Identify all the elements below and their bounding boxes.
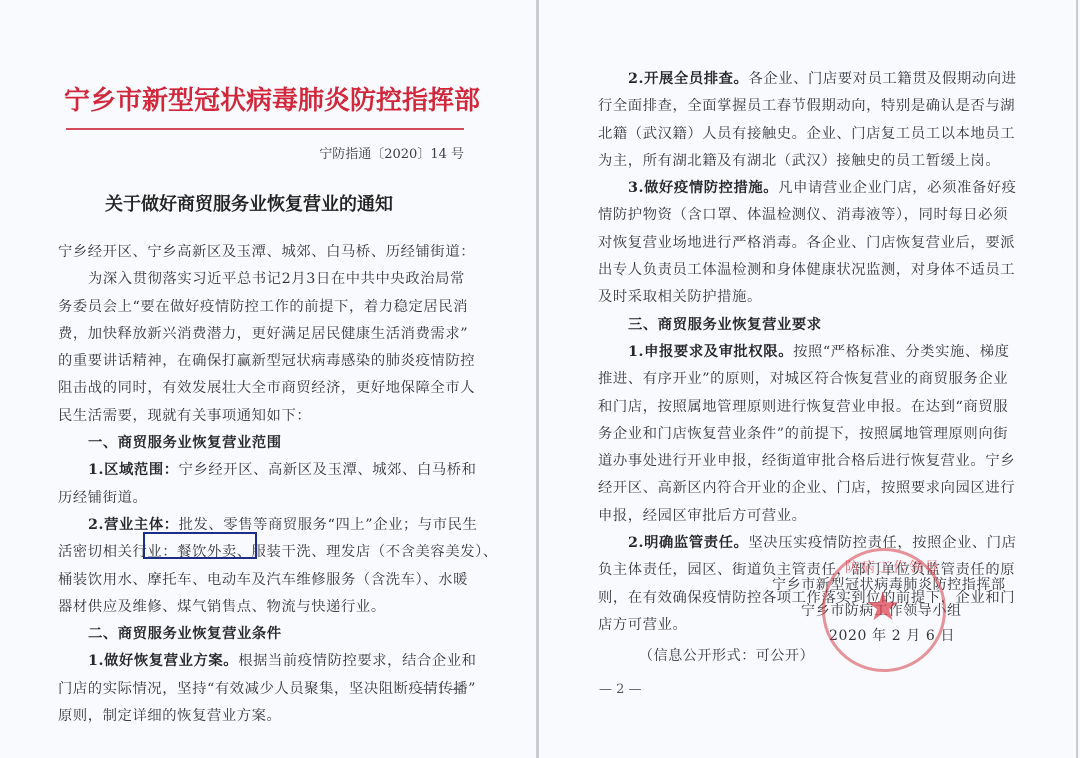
issuer-header: 宁乡市新型冠状病毒肺炎防控指挥部: [64, 80, 474, 117]
item-text: 宁乡经开区、高新区及玉潭、城郊、白马桥和: [179, 462, 477, 478]
item-label: 1.区域范围：: [88, 462, 179, 478]
item-text: 北籍（武汉籍）人员有接触史。企业、门店复工员工以本地员工: [598, 121, 1017, 148]
star-icon: ★: [865, 587, 901, 627]
document-title: 关于做好商贸服务业恢复营业的通知: [105, 190, 393, 216]
item-text: 道办事处进行开业申报，经街道审批合格后进行恢复营业。宁乡: [598, 448, 1017, 475]
disclosure-note: （信息公开形式：可公开）: [639, 645, 814, 665]
item-text: 活密切相关行业：餐饮外卖、服装干洗、理发店（不含美容美发）、: [58, 539, 498, 566]
section-heading: 二、商贸服务业恢复营业条件: [88, 626, 282, 642]
document-page-1: 宁乡市新型冠状病毒肺炎防控指挥部 宁防指通〔2020〕14 号 关于做好商贸服务…: [0, 0, 536, 758]
item-text: 批发、零售等商贸服务“四上”企业；与市民生: [179, 517, 478, 533]
item-text: 及时采取相关防护措施。: [598, 284, 1017, 311]
intro-line: 民生活需要，现就有关事项通知如下：: [58, 403, 498, 430]
item-label: 2.营业主体：: [88, 517, 179, 533]
addressee: 宁乡经开区、宁乡高新区及玉潭、城郊、白马桥、历经铺街道：: [58, 239, 498, 266]
item-text: 器材供应及维修、煤气销售点、物流与快递行业。: [58, 594, 498, 621]
document-page-2: 2.开展全员排查。各企业、门店要对员工籍贯及假期动向进 行全面排查，全面掌握员工…: [539, 0, 1076, 758]
item-text: 和门店，按照属地管理原则进行恢复营业申报。在达到“商贸服: [598, 394, 1017, 421]
item-label: 1.申报要求及审批权限。: [628, 344, 793, 360]
page-number: — 2 —: [599, 682, 642, 697]
seal-text: 防病工作领导: [845, 557, 941, 577]
body-page-2: 2.开展全员排查。各企业、门店要对员工籍贯及假期动向进 行全面排查，全面掌握员工…: [598, 66, 1017, 639]
highlight-annotation-box: [143, 532, 257, 559]
item-text: 按照“严格标准、分类实施、梯度: [793, 344, 1009, 360]
item-label: 2.开展全员排查。: [628, 71, 748, 87]
header-red-rule: [66, 128, 464, 130]
item-text: 推进、有序开业”的原则，对城区符合恢复营业的商贸服务企业: [598, 366, 1017, 393]
item-text: 申报，经园区审批后方可营业。: [598, 503, 1017, 530]
intro-line: 的重要讲话精神，在确保打赢新型冠状病毒感染的肺炎疫情防控: [58, 348, 498, 375]
item-label: 3.做好疫情防控措施。: [628, 180, 778, 196]
item-text: 原则，制定详细的恢复营业方案。: [58, 703, 498, 730]
official-seal: 防病工作领导 ★: [822, 548, 946, 672]
page-number: — 1 —: [420, 682, 463, 697]
intro-line: 费，加快释放新兴消费潜力，更好满足居民健康生活消费需求”: [58, 321, 498, 348]
item-text: 行全面排查，全面掌握员工春节假期动向，特别是确认是否与湖: [598, 93, 1017, 120]
item-text: 务企业和门店恢复营业条件”的前提下，按照属地管理原则向街: [598, 421, 1017, 448]
page-edge: [1076, 0, 1078, 758]
section-heading: 一、商贸服务业恢复营业范围: [88, 435, 282, 451]
item-text: 对恢复营业场地进行严格消毒。各企业、门店恢复营业后，要派: [598, 230, 1017, 257]
item-text: 出专人负责员工体温检测和身体健康状况监测，对身体不适员工: [598, 257, 1017, 284]
intro-line: 为深入贯彻落实习近平总书记2月3日在中共中央政治局常: [58, 266, 498, 293]
item-text: 为主，所有湖北籍及有湖北（武汉）接触史的员工暂缓上岗。: [598, 148, 1017, 175]
document-number: 宁防指通〔2020〕14 号: [319, 143, 464, 162]
item-text: 各企业、门店要对员工籍贯及假期动向进: [748, 71, 1016, 87]
item-text: 经开区、高新区内符合开业的企业、门店，按照要求向园区进行: [598, 475, 1017, 502]
item-text: 凡申请营业企业门店，必须准备好疫: [778, 180, 1016, 196]
item-text: 根据当前疫情防控要求，结合企业和: [238, 653, 476, 669]
item-text: 情防护物资（含口罩、体温检测仪、消毒液等），同时每日必须: [598, 202, 1017, 229]
item-text: 桶装饮用水、摩托车、电动车及汽车维修服务（含洗车）、水暖: [58, 567, 498, 594]
item-label: 1.做好恢复营业方案。: [88, 653, 238, 669]
intro-line: 务委员会上“要在做好疫情防控工作的前提下，着力稳定居民消: [58, 294, 498, 321]
item-text: 历经铺街道。: [58, 485, 498, 512]
section-heading: 三、商贸服务业恢复营业要求: [628, 317, 822, 333]
body-page-1: 宁乡经开区、宁乡高新区及玉潭、城郊、白马桥、历经铺街道： 为深入贯彻落实习近平总…: [58, 239, 498, 730]
item-label: 2.明确监管责任。: [628, 535, 748, 551]
intro-line: 阻击战的同时，有效发展壮大全市商贸经济，更好地保障全市人: [58, 375, 498, 402]
